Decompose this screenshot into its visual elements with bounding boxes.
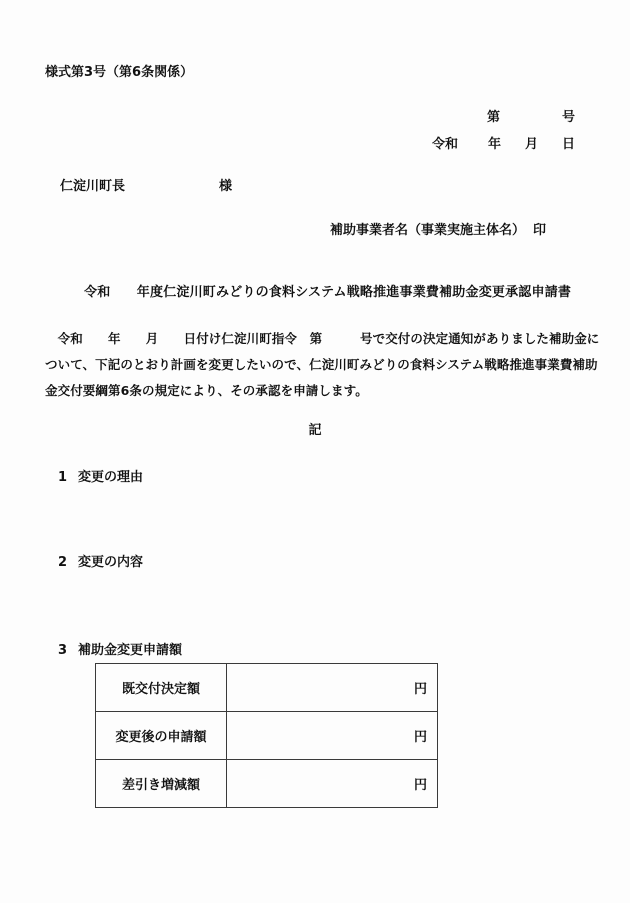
amount-table: 既交付決定額 円 変更後の申請額 円 差引き増減額 円	[95, 663, 438, 808]
document-title: 令和 年度仁淀川町みどりの食料システム戦略推進事業費補助金変更承認申請書	[84, 281, 571, 300]
item-3-subsidy-change-amount: 3 補助金変更申請額	[58, 639, 182, 658]
addressee-name: 仁淀川町長	[60, 175, 125, 194]
date-line: 令和 年 月 日	[432, 133, 575, 152]
unit-label-yen: 円	[414, 682, 427, 697]
applicant-label: 補助事業者名（事業実施主体名）	[330, 219, 525, 238]
body-line-3: 金交付要綱第6条の規定により、その承認を申請します。	[45, 381, 368, 399]
amount-cell-after-change: 円	[227, 712, 438, 760]
table-row-decided-amount: 既交付決定額 円	[96, 664, 438, 712]
doc-number-suffix: 号	[562, 106, 575, 125]
applicant-line: 補助事業者名（事業実施主体名） 印	[330, 219, 546, 238]
item-2-number: 2	[58, 555, 67, 570]
seal-label: 印	[533, 219, 546, 238]
item-2-change-content: 2 変更の内容	[58, 551, 143, 570]
amount-cell-difference: 円	[227, 760, 438, 808]
item-1-number: 1	[58, 470, 67, 485]
month-label: 月	[525, 133, 538, 152]
unit-label-yen: 円	[414, 730, 427, 745]
item-3-label: 補助金変更申請額	[78, 639, 182, 658]
addressee-line: 仁淀川町長 様	[60, 175, 232, 194]
item-3-number: 3	[58, 643, 67, 658]
document-page: 様式第3号（第6条関係） 第 号 令和 年 月 日 仁淀川町長 様 補助事業者名…	[0, 0, 630, 903]
day-label: 日	[562, 133, 575, 152]
document-number-line: 第 号	[487, 106, 575, 125]
row-label-decided-amount: 既交付決定額	[96, 664, 227, 712]
form-number-label: 様式第3号（第6条関係）	[45, 61, 193, 80]
amount-cell-decided: 円	[227, 664, 438, 712]
table-row-after-change: 変更後の申請額 円	[96, 712, 438, 760]
body-line-2: ついて、下記のとおり計画を変更したいので、仁淀川町みどりの食料システム戦略推進事…	[45, 355, 598, 373]
item-2-label: 変更の内容	[78, 551, 143, 570]
addressee-honorific: 様	[219, 175, 232, 194]
body-line-1: 令和 年 月 日付け仁淀川町指令 第 号で交付の決定通知がありました補助金に	[45, 329, 599, 347]
unit-label-yen: 円	[414, 778, 427, 793]
doc-number-prefix: 第	[487, 106, 500, 125]
row-label-difference: 差引き増減額	[96, 760, 227, 808]
era-label: 令和	[432, 133, 458, 152]
item-1-change-reason: 1 変更の理由	[58, 466, 143, 485]
row-label-after-change: 変更後の申請額	[96, 712, 227, 760]
ki-heading: 記	[0, 419, 630, 438]
item-1-label: 変更の理由	[78, 466, 143, 485]
table-row-difference: 差引き増減額 円	[96, 760, 438, 808]
year-label: 年	[488, 133, 501, 152]
